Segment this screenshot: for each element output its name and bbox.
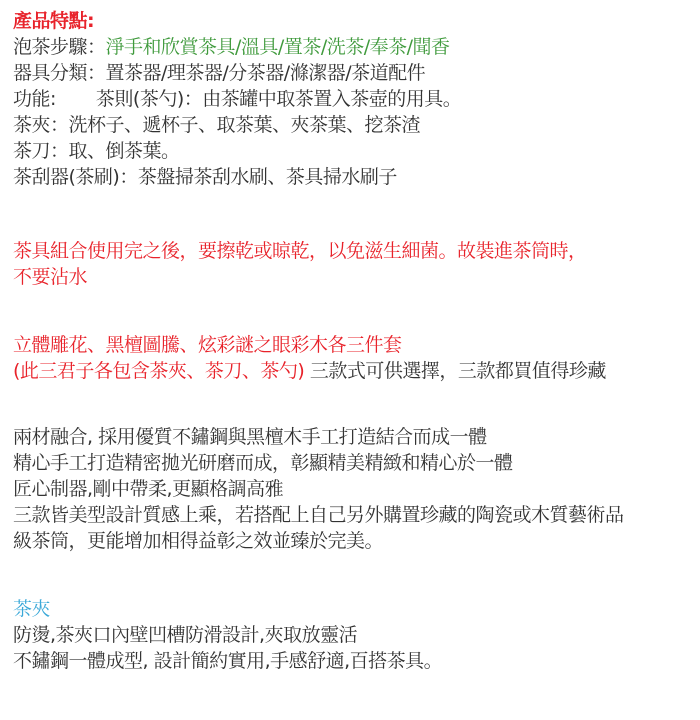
description-line-5: 級茶筒，更能增加相得益彰之效並臻於完美。 xyxy=(13,528,700,554)
function-line: 功能:茶則(茶勺)：由茶罐中取茶置入茶壺的用具。 xyxy=(13,86,700,112)
product-description: 產品特點: 泡茶步驟：淨手和欣賞茶具/溫具/置茶/洗茶/奉茶/聞香 器具分類：置… xyxy=(13,8,700,674)
tongs-heading: 茶夾 xyxy=(13,596,700,622)
knife-function-line: 茶刀：取、倒茶葉。 xyxy=(13,138,700,164)
description-line-4: 三款皆美型設計質感上乘，若搭配上自己另外購置珍藏的陶瓷或木質藝術品 xyxy=(13,502,700,528)
brewing-steps-line: 泡茶步驟：淨手和欣賞茶具/溫具/置茶/洗茶/奉茶/聞香 xyxy=(13,34,700,60)
description-line-3: 匠心制器,剛中帶柔,更顯格調高雅 xyxy=(13,476,700,502)
description-line-1: 兩材融合, 採用優質不鏽鋼與黑檀木手工打造結合而成一體 xyxy=(13,424,700,450)
features-title: 產品特點: xyxy=(13,8,700,34)
brush-function-line: 茶刮器(茶刷)：茶盤掃茶刮水刷、茶具掃水刷子 xyxy=(13,164,700,190)
description-line-2: 精心手工打造精密拋光研磨而成，彰顯精美精緻和精心於一體 xyxy=(13,450,700,476)
tongs-function-line: 茶夾：洗杯子、遞杯子、取茶葉、夾茶葉、挖茶渣 xyxy=(13,112,700,138)
tongs-line-1: 防燙,茶夾口內壁凹槽防滑設計,夾取放靈活 xyxy=(13,622,700,648)
brewing-steps-value: 淨手和欣賞茶具/溫具/置茶/洗茶/奉茶/聞香 xyxy=(106,36,450,58)
tongs-line-2: 不鏽鋼一體成型, 設計簡約實用,手感舒適,百搭茶具。 xyxy=(13,648,700,674)
category-line: 器具分類：置茶器/理茶器/分茶器/滌潔器/茶道配件 xyxy=(13,60,700,86)
sets-choice-text: 三款式可供選擇，三款都買值得珍藏 xyxy=(304,360,606,382)
sets-line-1: 立體雕花、黑檀圖騰、炫彩謎之眼彩木各三件套 xyxy=(13,332,700,358)
warning-line-1: 茶具組合使用完之後，要擦乾或晾乾，以免滋生細菌。故裝進茶筒時， xyxy=(13,238,700,264)
function-value: 茶則(茶勺)：由茶罐中取茶置入茶壺的用具。 xyxy=(96,88,461,110)
brewing-steps-label: 泡茶步驟： xyxy=(13,36,106,58)
sets-line-2: (此三君子各包含茶夾、茶刀、茶勺) 三款式可供選擇，三款都買值得珍藏 xyxy=(13,358,700,384)
sets-contents: (此三君子各包含茶夾、茶刀、茶勺) xyxy=(13,360,304,382)
warning-line-2: 不要沾水 xyxy=(13,264,700,290)
function-label: 功能: xyxy=(13,88,56,110)
